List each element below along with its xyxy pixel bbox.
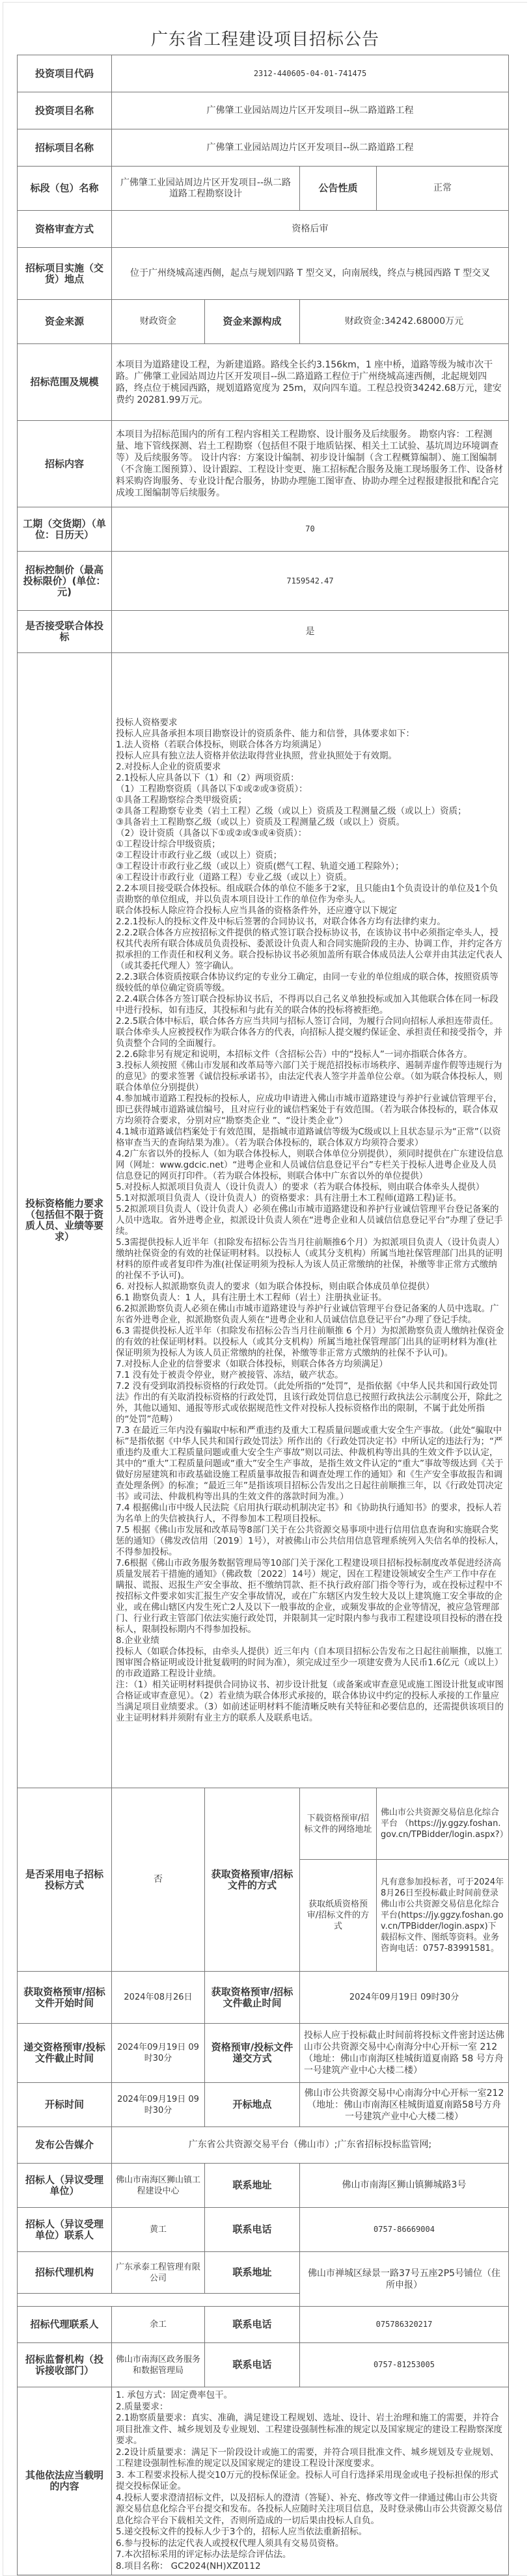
value-supervisor-phone: 0757-81253005 [300,2343,509,2387]
label-supervisor: 招标监督机构（投诉接收部门） [18,2343,112,2387]
label-section-name: 标段（包）名称 [18,167,112,211]
other-line: 2.1勘察质量要求：真实、准确，满足建设工程规划、选址、设计、岩土治理和施工的需… [116,2413,504,2447]
label-other: 其他依法应当载明的内容 [18,2387,112,2575]
value-tenderer-phone: 0757-86669004 [300,2208,509,2252]
label-agency-contact: 招标代理联系人 [18,2307,112,2343]
value-submission-method: 投标人应于投标截止时间前将投标文件密封送达佛山市公共资源交易中心南海分中心开标一… [300,2024,509,2083]
gap-cell [18,2294,300,2307]
qualification-line: 6. 对投标人拟派勘察负责人的要求（如为联合体投标，则由联合体成员单位提供） [116,1281,504,1293]
row-scope: 招标范围及规模 本项目为道路建设工程，为新建道路。路线全长约3.156km，1 … [18,344,509,421]
qualification-line: 7.4 根据佛山市中级人民法院《启用执行联动机制决定书》和《协助执行通知书》的要… [116,1503,504,1525]
qualification-line: 7.对投标人企业的信誉要求（如联合体投标，则联合体各方均须满足） [116,1359,504,1370]
value-doc-end: 2024年09月19日 09时30分 [300,1972,509,2024]
label-funding: 资金来源 [18,300,112,344]
other-line: 4.投标人要求澄清招标文件，以及招标人的澄清（答疑）、补充、修改等文件一律通过佛… [116,2493,504,2527]
label-tender-project-name: 招标项目名称 [18,129,112,167]
row-submission: 递交资格预审/投标文件截止时间 2024年09月19日 09时30分 资格预审/… [18,2024,509,2083]
qualification-line: （1）工程勘察资质（具备以下①或②或③资质）： [116,784,504,795]
qualification-line: 5.3需提供投标人近半年（扣除发布招标公告当月往前顺推6个月）为拟派项目负责人（… [116,1237,504,1281]
qualification-line: 4.参加城市道路工程投标的投标人，应成功申请进入佛山市城市道路建设与养护行业诚信… [116,1093,504,1127]
row-other: 其他依法应当载明的内容 1. 承包方式：固定费率包干。2.质量要求：2.1勘察质… [18,2387,509,2575]
value-opening-time: 2024年09月19日 09时30分 [112,2083,205,2127]
label-tenderer-address: 联系地址 [205,2164,300,2208]
label-qualification-method: 资格审查方式 [18,211,112,248]
qualification-lines: 投标人资格要求投标人应具备承担本项目勘察设计的资质条件、能力和信誉，具体要求如下… [116,718,504,1724]
label-opening-place: 开标地点 [205,2083,300,2127]
qualification-line: 2.2.5联合体中标后，联合体各方应当共同与招标人签订合同，为履行合同向招标人承… [116,1016,504,1049]
value-other: 1. 承包方式：固定费率包干。2.质量要求：2.1勘察质量要求：真实、准确，满足… [112,2387,509,2575]
qualification-line: 6.2拟派勘察负责人必须在佛山市城市道路建设与养护行业诚信管理平台登记备案的人员… [116,1304,504,1326]
qualification-line: 4.1城市道路诚信档案处于有效范围，是指城市道路诚信等级为C级或以上且状态显示为… [116,1127,504,1149]
label-control-price: 招标控制价（最高投标限价）(单位：元) [18,552,112,611]
label-scope: 招标范围及规模 [18,344,112,421]
qualification-line: ②工程设计市政行业乙级（或以上）资质； [116,850,504,861]
value-qualification-method: 资格后审 [112,211,509,248]
row-section-name: 标段（包）名称 广佛肇工业园站周边片区开发项目--纵二路道路工程勘察设计 公告性… [18,167,509,211]
label-funding-composition: 资金来源构成 [205,300,300,344]
qualification-line: 2.2.2联合体各方应按招标文件提供的格式签订联合投标协议书，在该协议书中必须指… [116,928,504,972]
row-investment-name: 投资项目名称 广佛肇工业园站周边片区开发项目--纵二路道路工程 [18,92,509,129]
row-doc-time: 获取资格预审/招标文件开始时间 2024年08月26日 获取资格预审/招标文件截… [18,1972,509,2024]
value-control-price: 7159542.47 [112,552,509,611]
label-doc-end: 获取资格预审/招标文件截止时间 [205,1972,300,2024]
value-content: 本项目为招标范围内的所有工程内容相关工程勘察、设计服务及后续服务。 勘察内容：工… [112,421,509,507]
other-line: 2.2设计质量要求：满足下一阶段设计或施工的需要，并符合项目批准文件、城乡规划及… [116,2447,504,2470]
notice-table: 投资项目代码 2312-440605-04-01-741475 投资项目名称 广… [17,55,509,2575]
row-supervisor: 招标监督机构（投诉接收部门） 佛山市南海区政务服务和数据管理局 联系电话 075… [18,2343,509,2387]
other-line: 2.质量要求： [116,2402,504,2413]
row-investment-code: 投资项目代码 2312-440605-04-01-741475 [18,55,509,92]
qualification-line: 1.法人资格（若联合体投标，则联合体各方均须满足） [116,740,504,751]
qualification-line: 7.5 根据《佛山市发展和改革局等8部门关于在公共资源交易事项中进行信用信息查询… [116,1525,504,1558]
qualification-line: 2.1投标人应具备以下（1）和（2）两项资质： [116,773,504,784]
value-funding-composition: 财政资金:34242.68000万元 [300,300,509,344]
other-line: 7.本次招标采用的评定标办法是综合评估法。 [116,2549,504,2561]
qualification-line: 2.2.3联合体资质按联合体协议约定的专业分工确定，由同一专业的单位组成的联合体… [116,972,504,994]
qualification-line: 3.投标人须按照《佛山市发展和改革局等六部门关于规范招投标市场秩序、遏制弄虚作假… [116,1060,504,1093]
qualification-line: 投标人应具有独立法人资格并依法取得营业执照，营业执照处于有效期。 [116,751,504,762]
value-tenderer: 佛山市南海区狮山镇工程建设中心 [112,2164,205,2208]
other-line: 1. 承包方式：固定费率包干。 [116,2390,504,2402]
qualification-line: 2.对投标人企业的资质要求 [116,762,504,773]
row-tender-project-name: 招标项目名称 广佛肇工业园站周边片区开发项目--纵二路道路工程 [18,129,509,167]
qualification-line: ③具备岩土工程勘察乙级（或以上）资质及工程测量乙级（或以上）资质。 [116,817,504,828]
label-investment-name: 投资项目名称 [18,92,112,129]
label-media: 发布公告媒介 [18,2127,112,2164]
qualification-line: 注：（1）相关证明材料提供合同协议书、初步设计批复（或备案或审查意见或施工图设计… [116,1680,504,1724]
row-opening: 开标时间 2024年09月19日 09时30分 开标地点 佛山市公共资源交易中心… [18,2083,509,2127]
row-control-price: 招标控制价（最高投标限价）(单位：元) 7159542.47 [18,552,509,611]
value-supervisor: 佛山市南海区政务服务和数据管理局 [112,2343,205,2387]
value-submission-deadline: 2024年09月19日 09时30分 [112,2024,205,2083]
label-investment-code: 投资项目代码 [18,55,112,92]
value-scope: 本项目为道路建设工程，为新建道路。路线全长约3.156km，1 座中桥，道路等级… [112,344,509,421]
other-line: 8.项目名称： GC2024(NH)XZ0112 [116,2561,504,2573]
qualification-line: 7.2 没有受到取消投标资格的行政处罚。（此处所指的“处罚”，是指依据《中华人民… [116,1381,504,1425]
label-supervisor-phone: 联系电话 [205,2343,300,2387]
value-duration: 70 [112,507,509,552]
value-section-name: 广佛肇工业园站周边片区开发项目--纵二路道路工程勘察设计 [112,167,300,211]
value-media: 广东省公共资源交易平台（佛山市）;广东省招标投标监管网; [112,2127,509,2164]
qualification-line: 2.2.6除非另有规定和说明，本招标文件（含招标公告）中的“投标人”一词亦指联合… [116,1049,504,1060]
qualification-line: ②具备工程勘察专业类（岩土工程）乙级（或以上）资质及工程测量乙级（或以上）资质； [116,806,504,817]
qualification-line: 投标人资格要求 [116,718,504,729]
qualification-line: 7.1 没有处于被责令停业，财产被接管、冻结，破产状态。 [116,1370,504,1381]
value-agency-phone: 075786320217 [300,2307,509,2343]
qualification-line: 5.1对拟派项目负责人（设计负责人）的资格要求：具有注册土木工程师(道路工程)证… [116,1193,504,1204]
notice-page: 广东省工程建设项目招标公告 投资项目代码 2312-440605-04-01-7… [3,2,527,2576]
label-consortium: 是否接受联合体投标 [18,611,112,653]
value-download-address[interactable]: 佛山市公共资源交易信息化综合平台 （https://jy.ggzy.foshan… [377,1788,509,1860]
value-consortium: 是 [112,611,509,653]
value-funding: 财政资金 [112,300,205,344]
qualification-line: （2）设计资质（具备以下①或②或③或④资质）： [116,828,504,839]
row-tenderer-contact: 招标人（异议受理单位）联系人 黄工 联系电话 0757-86669004 [18,2208,509,2252]
value-investment-code: 2312-440605-04-01-741475 [112,55,509,92]
row-media: 发布公告媒介 广东省公共资源交易平台（佛山市）;广东省招标投标监管网; [18,2127,509,2164]
row-qualification: 投标资格能力要求（包括但不限于资质人员、业绩等要求） 投标人资格要求投标人应具备… [18,653,509,1788]
value-agency: 广东承泰工程管理有限公司 [112,2252,205,2294]
row-agency: 招标代理机构 广东承泰工程管理有限公司 联系地址 佛山市禅城区绿景一路37号五座… [18,2252,509,2294]
label-location: 招标项目实施（交货）地点 [18,248,112,300]
row-content: 招标内容 本项目为招标范围内的所有工程内容相关工程勘察、设计服务及后续服务。 勘… [18,421,509,507]
qualification-line: 2.2本项目接受联合体投标。组成联合体的单位不能多于2家，且只能由1个负责设计的… [116,883,504,906]
value-tender-project-name: 广佛肇工业园站周边片区开发项目--纵二路道路工程 [112,129,509,167]
qualification-line: ①工程设计综合甲级资质； [116,839,504,850]
value-location: 位于广州绕城高速西侧，起点与规划四路 T 型交叉，向南展线，终点与桃园西路 T … [112,248,509,300]
qualification-line: 6.1 勘察负责人：1 人，具有注册土木工程师（岩土）注册执业证书。 [116,1293,504,1304]
value-agency-address: 佛山市禅城区绿景一路37号五座2P5号铺位（住所申报） [300,2252,509,2307]
row-qualification-method: 资格审查方式 资格后审 [18,211,509,248]
value-tenderer-contact: 黄工 [112,2208,205,2252]
qualification-line: 4.2广东省以外的投标人（如为联合体投标人，则联合体单位分别提供），须同时提供在… [116,1149,504,1182]
label-qualification: 投标资格能力要求（包括但不限于资质人员、业绩等要求） [18,653,112,1788]
qualification-line: 2.2.4联合体各方签订联合投标协议书后，不得再以自己名义单独投标或加入其他联合… [116,994,504,1016]
label-doc-method: 获取资格预审/招标文件的方式 [205,1788,300,1972]
row-funding: 资金来源 财政资金 资金来源构成 财政资金:34242.68000万元 [18,300,509,344]
other-lines: 1. 承包方式：固定费率包干。2.质量要求：2.1勘察质量要求：真实、准确，满足… [116,2390,504,2572]
qualification-line: 8.企业业绩 [116,1635,504,1646]
label-opening-time: 开标时间 [18,2083,112,2127]
row-electronic-download: 是否采用电子招标投标方式 否 获取资格预审/招标文件的方式 下载资格预审/招标文… [18,1788,509,1860]
row-location: 招标项目实施（交货）地点 位于广州绕城高速西侧，起点与规划四路 T 型交叉，向南… [18,248,509,300]
label-submission-method: 资格预审/投标文件递交方式 [205,2024,300,2083]
value-investment-name: 广佛肇工业园站周边片区开发项目--纵二路道路工程 [112,92,509,129]
other-line: 6.参与投标的法定代表人或授权代理人须具有交易员资格。 [116,2538,504,2550]
qualification-line: 5.2拟派项目负责人（设计负责人）必须在佛山市城市道路建设和养护行业诚信管理平台… [116,1204,504,1237]
label-duration: 工期（交货期）（单位：日历天） [18,507,112,552]
qualification-line: ④工程设计市政行业（道路工程）专业乙级（或以上）资质。 [116,872,504,883]
row-consortium: 是否接受联合体投标 是 [18,611,509,653]
qualification-line: 联合体投标人除应符合投标人应当具备的资格条件外，还应遵守以下规定 [116,906,504,917]
label-agency-phone: 联系电话 [205,2307,300,2343]
label-tenderer: 招标人（异议受理单位） [18,2164,112,2208]
label-tenderer-contact: 招标人（异议受理单位）联系人 [18,2208,112,2252]
label-content: 招标内容 [18,421,112,507]
label-notice-nature: 公告性质 [300,167,377,211]
label-doc-start: 获取资格预审/招标文件开始时间 [18,1972,112,2024]
value-doc-start: 2024年08月26日 [112,1972,205,2024]
qualification-line: 5.对投标人拟派项目负责人（设计负责人）的要求（若为联合体投标，则由联合体牵头人… [116,1182,504,1193]
value-agency-contact: 余工 [112,2307,205,2343]
label-download-address: 下载资格预审/招标文件的网络地址 [300,1788,377,1860]
qualification-line: ①具备工程勘察综合类甲级资质； [116,795,504,806]
value-paper-method: 凡有意参加投标者，可于2024年8月26日至投标截止时间前登录佛山市公共资源交易… [377,1860,509,1972]
qualification-line: 6.3 需提供投标人近半年（扣除发布招标公告当月往前顺推 6 个月）为拟派勘察负… [116,1326,504,1359]
qualification-line: ③工程设计市政行业乙级（或以上）资质(燃气工程、轨道交通工程除外）； [116,861,504,872]
qualification-line: 投标人（如联合体投标，由牵头人提供）近三年内（自本项目招标公告发布之日起往前顺推… [116,1646,504,1680]
value-opening-place: 佛山市公共资源交易中心南海分中心开标一室212（地址：佛山市南海区桂城街道夏南路… [300,2083,509,2127]
other-line: 3. 本工程要求投标人提交10万元的投标保证金。投标人可自行选择采用现金或电子投… [116,2470,504,2493]
value-tenderer-address: 佛山市南海区狮山镇狮城路3号 [300,2164,509,2208]
other-line: 5.递交投标文件的投标人少于3个的，招标人应当依法重新招标。 [116,2527,504,2538]
label-tenderer-phone: 联系电话 [205,2208,300,2252]
label-paper-method: 获取纸质资格预审/招标文件的方式 [300,1860,377,1972]
label-agency-address: 联系地址 [205,2252,300,2294]
row-duration: 工期（交货期）（单位：日历天） 70 [18,507,509,552]
page-title: 广东省工程建设项目招标公告 [3,3,527,55]
qualification-line: 7.3 在最近三年内没有骗取中标和严重违约及重大工程质量问题或重大安全生产事故。… [116,1425,504,1503]
label-agency: 招标代理机构 [18,2252,112,2294]
row-agency-contact: 招标代理联系人 余工 联系电话 075786320217 [18,2307,509,2343]
label-submission-deadline: 递交资格预审/投标文件截止时间 [18,2024,112,2083]
value-electronic: 否 [112,1788,205,1972]
qualification-line: 7.6根据《佛山市政务服务数据管理局等10部门关于深化工程建设项目招标投标制度改… [116,1558,504,1635]
label-electronic: 是否采用电子招标投标方式 [18,1788,112,1972]
value-qualification: 投标人资格要求投标人应具备承担本项目勘察设计的资质条件、能力和信誉，具体要求如下… [112,653,509,1788]
row-tenderer: 招标人（异议受理单位） 佛山市南海区狮山镇工程建设中心 联系地址 佛山市南海区狮… [18,2164,509,2208]
value-notice-nature: 正常 [377,167,509,211]
qualification-line: 投标人应具备承担本项目勘察设计的资质条件、能力和信誉，具体要求如下： [116,729,504,740]
qualification-line: 2.2.1投标人的投标文件及中标后签署的合同协议书，对联合体各方均有法律约束力。 [116,917,504,928]
